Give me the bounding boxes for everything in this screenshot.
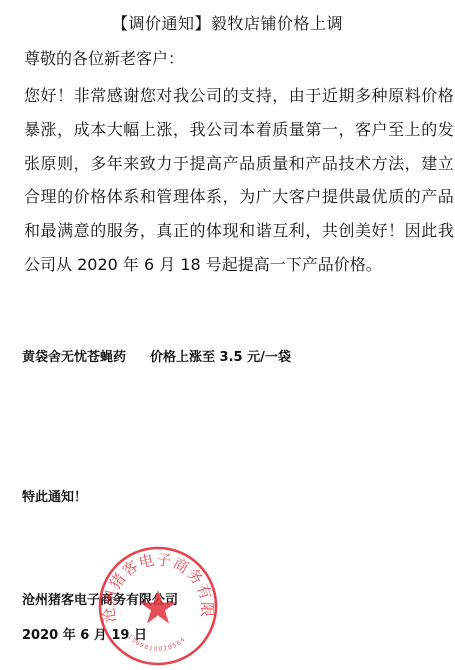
body-line: 合理的价格体系和管理体系，为广大客户提供最优质的产品 [24, 180, 444, 214]
closing-text: 特此通知！ [22, 486, 87, 505]
body-line: 您好！非常感谢您对我公司的支持，由于近期多种原料价格 [24, 79, 444, 113]
body-paragraph: 您好！非常感谢您对我公司的支持，由于近期多种原料价格 暴涨，成本大幅上涨，我公司… [24, 79, 444, 282]
seal-text: 沧州猪客电子商务有限公司 [96, 544, 216, 624]
product-price-change: 价格上涨至 3.5 元/一袋 [150, 350, 291, 365]
greeting: 尊敬的各位新老客户： [24, 46, 184, 69]
signature-company: 沧州猪客电子商务有限公司 [22, 589, 178, 608]
signature-date: 2020 年 6 月 19 日 [22, 624, 147, 643]
body-line: 张原则，多年来致力于提高产品质量和产品技术方法，建立 [24, 147, 444, 181]
product-name: 黄袋舍无忧苍蝇药 [22, 350, 126, 365]
document-title: 【调价通知】毅牧店铺价格上调 [0, 11, 455, 34]
body-line: 暴涨，成本大幅上涨，我公司本着质量第一，客户至上的发 [24, 113, 444, 147]
product-price-line: 黄袋舍无忧苍蝇药价格上涨至 3.5 元/一袋 [22, 346, 291, 365]
body-line: 和最满意的服务，真正的体现和谐互利，共创美好！因此我 [24, 214, 444, 248]
svg-text:沧州猪客电子商务有限公司: 沧州猪客电子商务有限公司 [96, 544, 216, 624]
body-line: 公司从 2020 年 6 月 18 号起提高一下产品价格。 [24, 248, 444, 282]
